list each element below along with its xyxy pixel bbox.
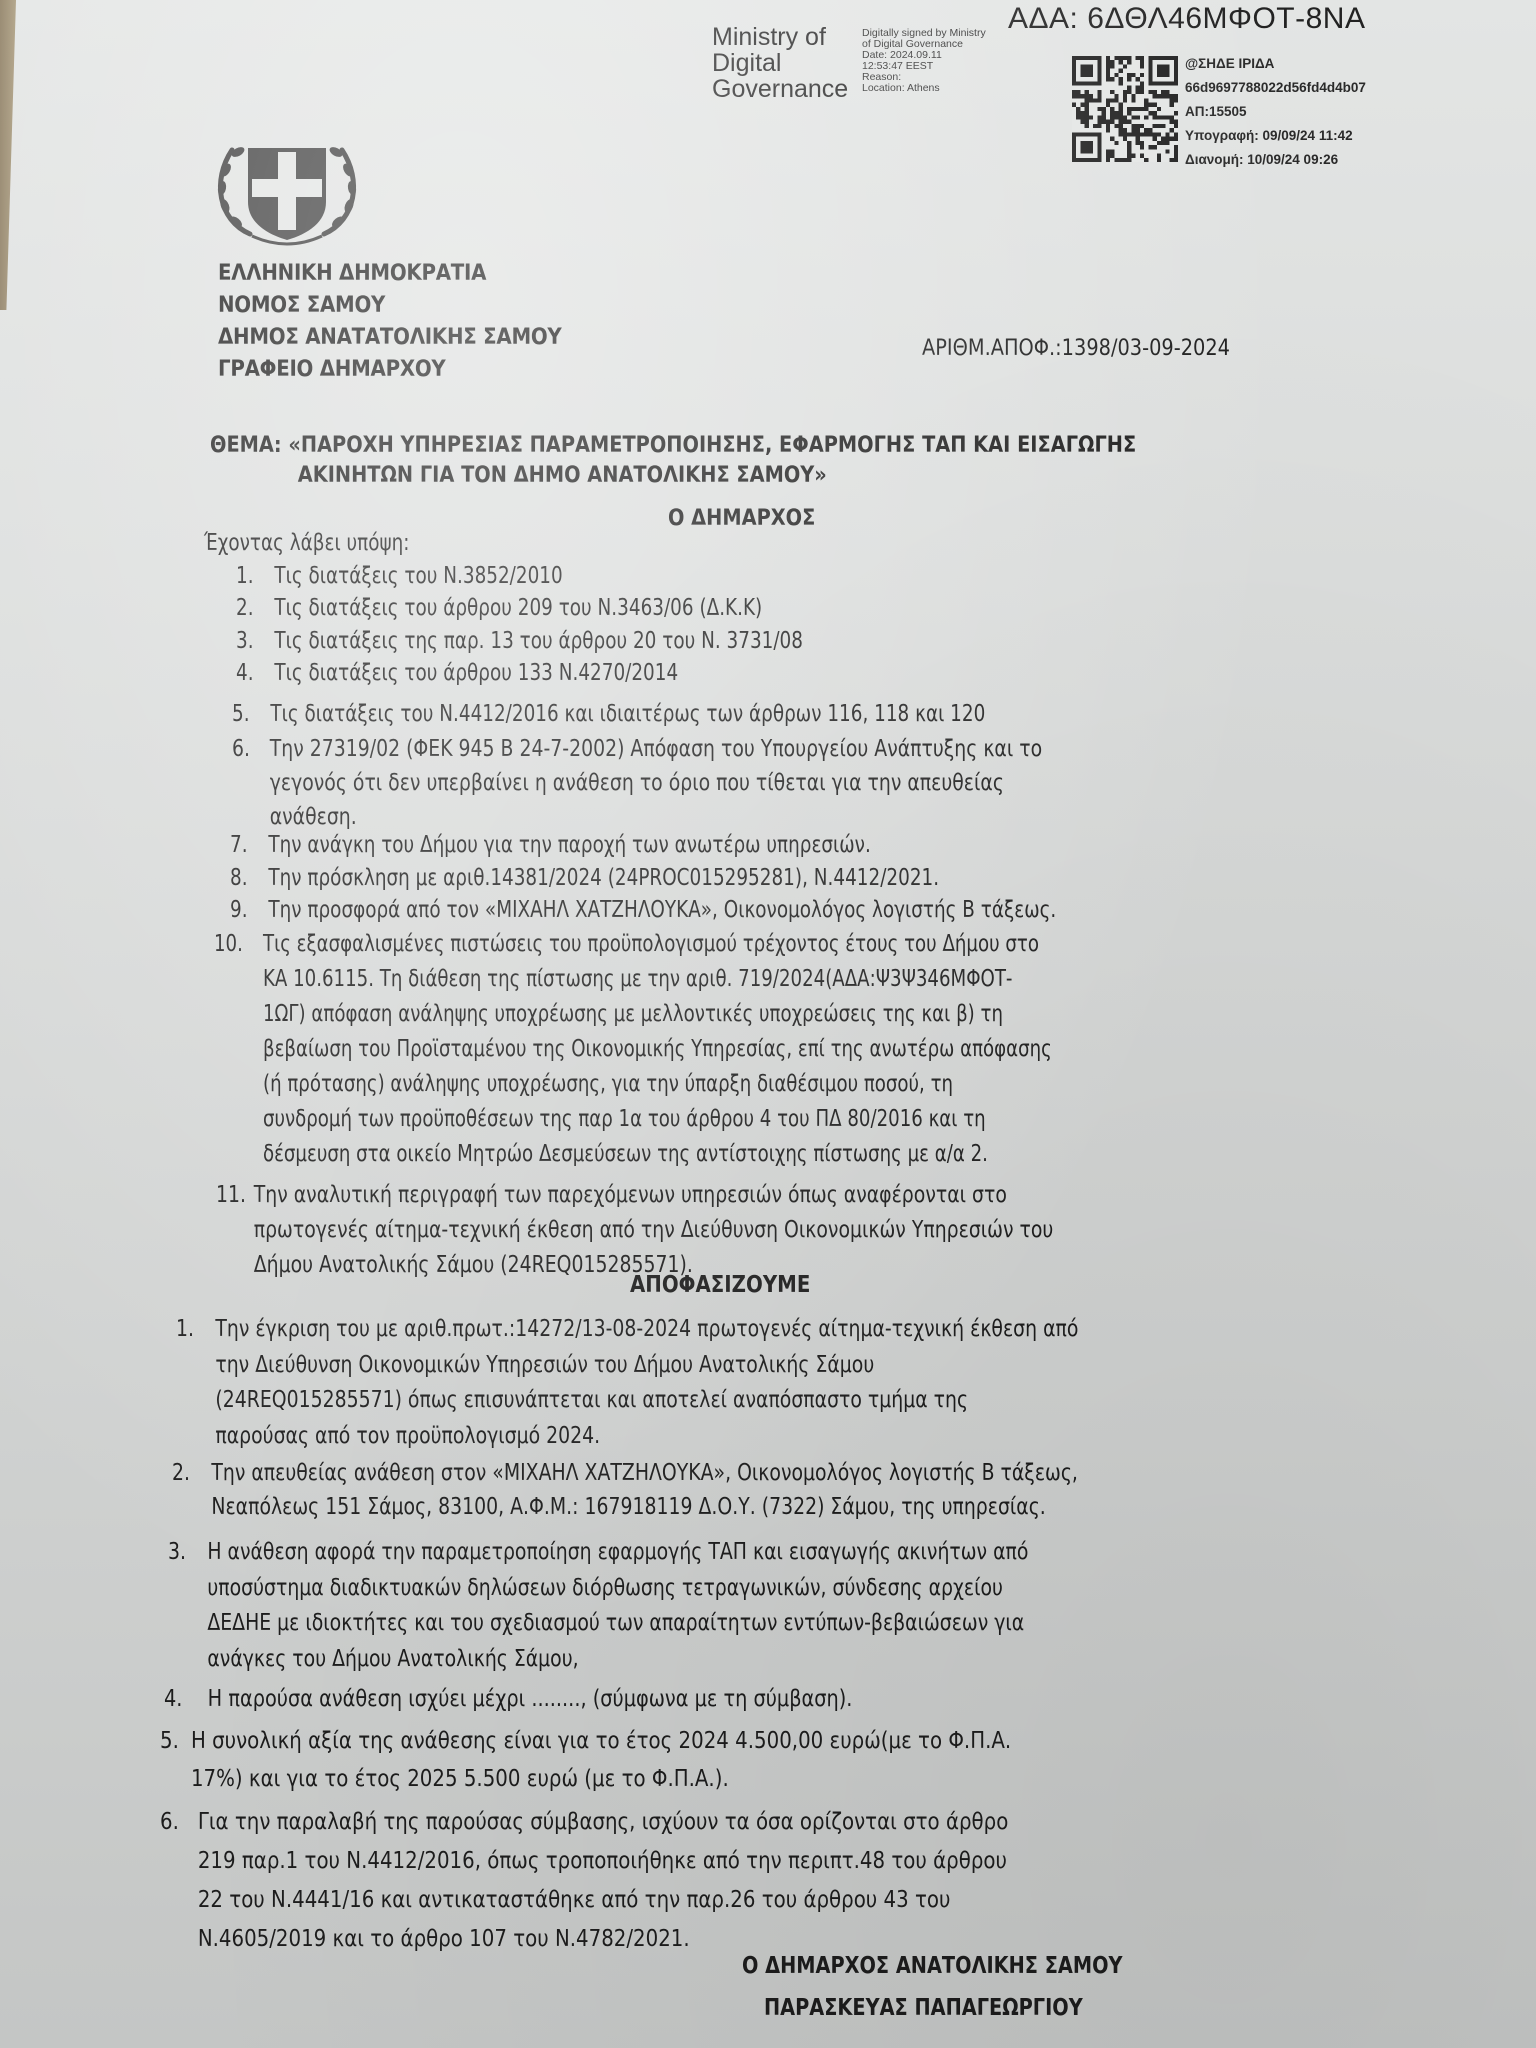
mayor-heading: Ο ΔΗΜΑΡΧΟΣ	[668, 505, 815, 531]
item-line: (24REQ015285571) όπως επισυνάπτεται και …	[215, 1384, 1078, 1420]
item-line: την Διεύθυνση Οικονομικών Υπηρεσιών του …	[215, 1349, 1078, 1385]
coat-of-arms-icon	[212, 130, 362, 248]
item-text: Τις διατάξεις της παρ. 13 του άρθρου 20 …	[274, 625, 803, 658]
item-line: Τις διατάξεις του άρθρου 133 Ν.4270/2014	[274, 657, 678, 690]
item-text: Την πρόσκληση με αριθ.14381/2024 (24PROC…	[268, 862, 939, 895]
item-line: Τις εξασφαλισμένες πιστώσεις του προϋπολ…	[263, 928, 1052, 963]
item-number: 3.	[168, 1536, 186, 1569]
item-line: Τις διατάξεις της παρ. 13 του άρθρου 20 …	[274, 625, 803, 658]
item-text: Την ανάγκη του Δήμου για την παροχή των …	[268, 829, 870, 862]
item-line: 219 παρ.1 του Ν.4412/2016, όπως τροποποι…	[198, 1845, 1008, 1884]
item-line: Την απευθείας ανάθεση στον «ΜΙΧΑΗΛ ΧΑΤΖΗ…	[211, 1457, 1078, 1491]
item-line: Την 27319/02 (ΦΕΚ 945 Β 24-7-2002) Απόφα…	[270, 733, 1042, 767]
qr-code-icon	[1072, 56, 1178, 162]
item-text: Την έγκριση του με αριθ.πρωτ.:14272/13-0…	[215, 1313, 1078, 1455]
item-number: 8.	[230, 862, 248, 895]
decide-heading: ΑΠΟΦΑΣΙΖΟΥΜΕ	[630, 1272, 810, 1298]
item-text: Η ανάθεση αφορά την παραμετροποίηση εφαρ…	[207, 1536, 1028, 1678]
item-number: 2.	[236, 592, 254, 625]
item-text: Τις διατάξεις του Ν.3852/2010	[274, 560, 562, 593]
item-line: Την πρόσκληση με αριθ.14381/2024 (24PROC…	[268, 862, 939, 895]
item-text: Τις διατάξεις του Ν.4412/2016 και ιδιαιτ…	[270, 698, 985, 731]
item-line: γεγονός ότι δεν υπερβαίνει η ανάθεση το …	[270, 767, 1042, 801]
item-line: δέσμευση στα οικείο Μητρώο Δεσμεύσεων τη…	[263, 1138, 1052, 1173]
item-line: Η συνολική αξία της ανάθεσης είναι για τ…	[191, 1725, 1011, 1763]
item-line: 1ΩΓ) απόφαση ανάληψης υποχρέωσης με μελλ…	[263, 998, 1052, 1033]
table-surface	[0, 0, 16, 310]
item-line: βεβαίωση του Προϊσταμένου της Οικονομική…	[263, 1033, 1052, 1068]
item-line: ΔΕΔΗΕ με ιδιοκτήτες και του σχεδιασμού τ…	[207, 1607, 1028, 1643]
item-number: 11.	[216, 1179, 246, 1212]
item-line: (ή πρότασης) ανάληψης υποχρέωσης, για τη…	[263, 1068, 1052, 1103]
item-text: Τις διατάξεις του άρθρου 209 του Ν.3463/…	[274, 592, 762, 625]
item-text: Την απευθείας ανάθεση στον «ΜΙΧΑΗΛ ΧΑΤΖΗ…	[211, 1457, 1078, 1525]
item-line: ΚΑ 10.6115. Τη διάθεση της πίστωσης με τ…	[263, 963, 1052, 998]
item-number: 5.	[160, 1725, 179, 1758]
item-line: Τις διατάξεις του Ν.4412/2016 και ιδιαιτ…	[270, 698, 985, 731]
item-number: 6.	[160, 1806, 179, 1839]
item-line: συνδρομή των προϋποθέσεων της παρ 1α του…	[263, 1103, 1052, 1138]
item-text: Η παρούσα ανάθεση ισχύει μέχρι ........,…	[208, 1683, 853, 1716]
item-number: 2.	[172, 1457, 190, 1490]
item-line: Την αναλυτική περιγραφή των παρεχόμενων …	[254, 1179, 1054, 1214]
ministry-label: Ministry of Digital Governance	[712, 24, 848, 102]
item-line: Νεαπόλεως 151 Σάμος, 83100, Α.Φ.Μ.: 1679…	[211, 1491, 1078, 1525]
item-line: υποσύστημα διαδικτυακών δηλώσεων διόρθωσ…	[207, 1572, 1028, 1608]
item-text: Τις διατάξεις του άρθρου 133 Ν.4270/2014	[274, 657, 678, 690]
item-text: Την 27319/02 (ΦΕΚ 945 Β 24-7-2002) Απόφα…	[270, 733, 1042, 835]
considering-intro: Έχοντας λάβει υπόψη:	[204, 527, 410, 560]
item-number: 5.	[232, 698, 250, 731]
item-line: Τις διατάξεις του Ν.3852/2010	[274, 560, 562, 593]
item-number: 4.	[236, 657, 254, 690]
subject: ΘΕΜΑ: «ΠΑΡΟΧΗ ΥΠΗΡΕΣΙΑΣ ΠΑΡΑΜΕΤΡΟΠΟΙΗΣΗΣ…	[210, 430, 1136, 490]
issuer-header: ΕΛΛΗΝΙΚΗ ΔΗΜΟΚΡΑΤΙΑ ΝΟΜΟΣ ΣΑΜΟΥ ΔΗΜΟΣ ΑΝ…	[218, 258, 562, 386]
item-number: 7.	[230, 829, 248, 862]
item-number: 6.	[232, 733, 250, 766]
item-line: Η ανάθεση αφορά την παραμετροποίηση εφαρ…	[207, 1536, 1028, 1572]
digital-signature-details: Digitally signed by Ministry of Digital …	[862, 28, 986, 94]
item-line: πρωτογενές αίτημα-τεχνική έκθεση από την…	[254, 1214, 1054, 1249]
signatory-name: ΠΑΡΑΣΚΕΥΑΣ ΠΑΠΑΓΕΩΡΓΙΟΥ	[764, 1995, 1083, 2021]
item-line: παρούσας από τον προϋπολογισμό 2024.	[215, 1420, 1078, 1456]
item-number: 4.	[164, 1683, 182, 1716]
item-text: Η συνολική αξία της ανάθεσης είναι για τ…	[191, 1725, 1011, 1801]
decision-number: ΑΡΙΘΜ.ΑΠΟΦ.:1398/03-09-2024	[922, 336, 1230, 361]
item-line: 22 του Ν.4441/16 και αντικαταστάθηκε από…	[198, 1884, 1008, 1923]
item-line: Την ανάγκη του Δήμου για την παροχή των …	[268, 829, 870, 862]
item-number: 1.	[236, 560, 254, 593]
item-number: 9.	[230, 894, 248, 927]
item-line: Την έγκριση του με αριθ.πρωτ.:14272/13-0…	[215, 1313, 1078, 1349]
item-line: Τις διατάξεις του άρθρου 209 του Ν.3463/…	[274, 592, 762, 625]
item-line: Για την παραλαβή της παρούσας σύμβασης, …	[198, 1806, 1008, 1845]
item-number: 3.	[236, 625, 254, 658]
item-text: Την αναλυτική περιγραφή των παρεχόμενων …	[254, 1179, 1054, 1284]
item-line: Την προσφορά από τον «ΜΙΧΑΗΛ ΧΑΤΖΗΛΟΥΚΑ»…	[268, 894, 1056, 927]
signatory-title: Ο ΔΗΜΑΡΧΟΣ ΑΝΑΤΟΛΙΚΗΣ ΣΑΜΟΥ	[742, 1953, 1123, 1979]
item-line: 17%) και για το έτος 2025 5.500 ευρώ (με…	[191, 1763, 1011, 1801]
ada-code: ΑΔΑ: 6ΔΘΛ46ΜΦΟΤ-8ΝΑ	[1008, 2, 1365, 36]
item-text: Για την παραλαβή της παρούσας σύμβασης, …	[198, 1806, 1008, 1962]
item-number: 10.	[214, 928, 243, 961]
item-text: Την προσφορά από τον «ΜΙΧΑΗΛ ΧΑΤΖΗΛΟΥΚΑ»…	[268, 894, 1056, 927]
item-text: Τις εξασφαλισμένες πιστώσεις του προϋπολ…	[263, 928, 1052, 1173]
item-number: 1.	[176, 1313, 194, 1346]
item-line: ανάγκες του Δήμου Ανατολικής Σάμου,	[207, 1643, 1028, 1679]
iris-registration-info: @ΣΗΔΕ ΙΡΙΔΑ 66d9697788022d56fd4d4b07 ΑΠ:…	[1185, 52, 1366, 172]
item-line: Η παρούσα ανάθεση ισχύει μέχρι ........,…	[208, 1683, 853, 1716]
